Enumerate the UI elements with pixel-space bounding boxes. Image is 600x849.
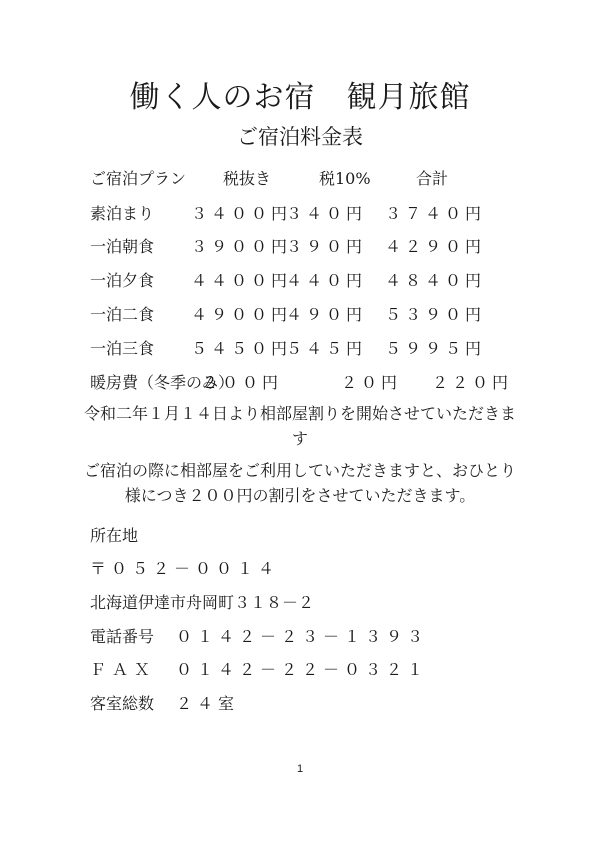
table-row: 一泊朝食 ３９００円 ３９０円 ４２９０円 bbox=[90, 234, 510, 256]
table-row: 一泊三食 ５４５０円 ５４５円 ５９９５円 bbox=[90, 336, 510, 358]
total-price: ２２０円 bbox=[432, 370, 512, 393]
total-price: ５３９０円 bbox=[385, 302, 485, 325]
pre-tax-price: ５４５０円 bbox=[191, 336, 291, 359]
plan-name: 一泊朝食 bbox=[90, 234, 154, 257]
pre-tax-price: ４４００円 bbox=[191, 268, 291, 291]
tax-amount: ４４０円 bbox=[286, 268, 366, 291]
notice-shared-room-start: 令和二年１月１４日より相部屋割りを開始させていただきます bbox=[80, 401, 520, 451]
header-total: 合計 bbox=[416, 166, 448, 189]
table-row: 素泊まり ３４００円 ３４０円 ３７４０円 bbox=[90, 201, 510, 223]
tax-amount: ３４０円 bbox=[286, 201, 366, 224]
phone-line: 電話番号 ０１４２－２３－１３９３ bbox=[90, 624, 154, 647]
total-price: ３７４０円 bbox=[385, 201, 485, 224]
plan-name: 一泊二食 bbox=[90, 302, 154, 325]
pre-tax-price: ４９００円 bbox=[191, 302, 291, 325]
fax-label: ＦＡＸ bbox=[90, 660, 156, 679]
page-subtitle: ご宿泊料金表 bbox=[0, 121, 600, 151]
fax-line: ＦＡＸ ０１４２－２２－０３２１ bbox=[90, 657, 156, 680]
header-plan: ご宿泊プラン bbox=[90, 166, 186, 189]
pre-tax-price: ３４００円 bbox=[191, 201, 291, 224]
table-header-row: ご宿泊プラン 税抜き 税10% 合計 bbox=[90, 166, 510, 188]
plan-name: 一泊三食 bbox=[90, 336, 154, 359]
pre-tax-price: ３９００円 bbox=[191, 234, 291, 257]
pre-tax-price: ２００円 bbox=[202, 370, 282, 393]
location-label: 所在地 bbox=[90, 523, 138, 546]
total-price: ４８４０円 bbox=[385, 268, 485, 291]
total-price: ４２９０円 bbox=[385, 234, 485, 257]
table-row: 一泊二食 ４９００円 ４９０円 ５３９０円 bbox=[90, 302, 510, 324]
page-title: 働く人のお宿 観月旅館 bbox=[0, 72, 600, 116]
rooms-line: 客室総数 ２４室 bbox=[90, 691, 154, 714]
tax-amount: ５４５円 bbox=[286, 336, 366, 359]
plan-name: 一泊夕食 bbox=[90, 268, 154, 291]
table-row: 一泊夕食 ４４００円 ４４０円 ４８４０円 bbox=[90, 268, 510, 290]
address: 北海道伊達市舟岡町３１８－２ bbox=[90, 590, 314, 613]
header-tax: 税10% bbox=[319, 166, 371, 189]
rooms-count: ２４室 bbox=[176, 691, 239, 714]
total-price: ５９９５円 bbox=[385, 336, 485, 359]
phone-label: 電話番号 bbox=[90, 627, 154, 646]
page-number: 1 bbox=[0, 763, 600, 775]
tax-amount: ３９０円 bbox=[286, 234, 366, 257]
notice-shared-room-discount: ご宿泊の際に相部屋をご利用していただきますと、おひとり様につき２００円の割引をさ… bbox=[80, 458, 520, 508]
plan-name: 素泊まり bbox=[90, 201, 154, 224]
header-pre-tax: 税抜き bbox=[223, 166, 271, 189]
rooms-label: 客室総数 bbox=[90, 694, 154, 713]
fax-number: ０１４２－２２－０３２１ bbox=[176, 657, 428, 680]
tax-amount: ４９０円 bbox=[286, 302, 366, 325]
phone-number: ０１４２－２３－１３９３ bbox=[176, 624, 428, 647]
postal-code: 〒０５２－００１４ bbox=[90, 556, 279, 579]
table-row-heating: 暖房費（冬季のみ） ２００円 ２０円 ２２０円 bbox=[90, 370, 510, 392]
tax-amount: ２０円 bbox=[341, 370, 401, 393]
